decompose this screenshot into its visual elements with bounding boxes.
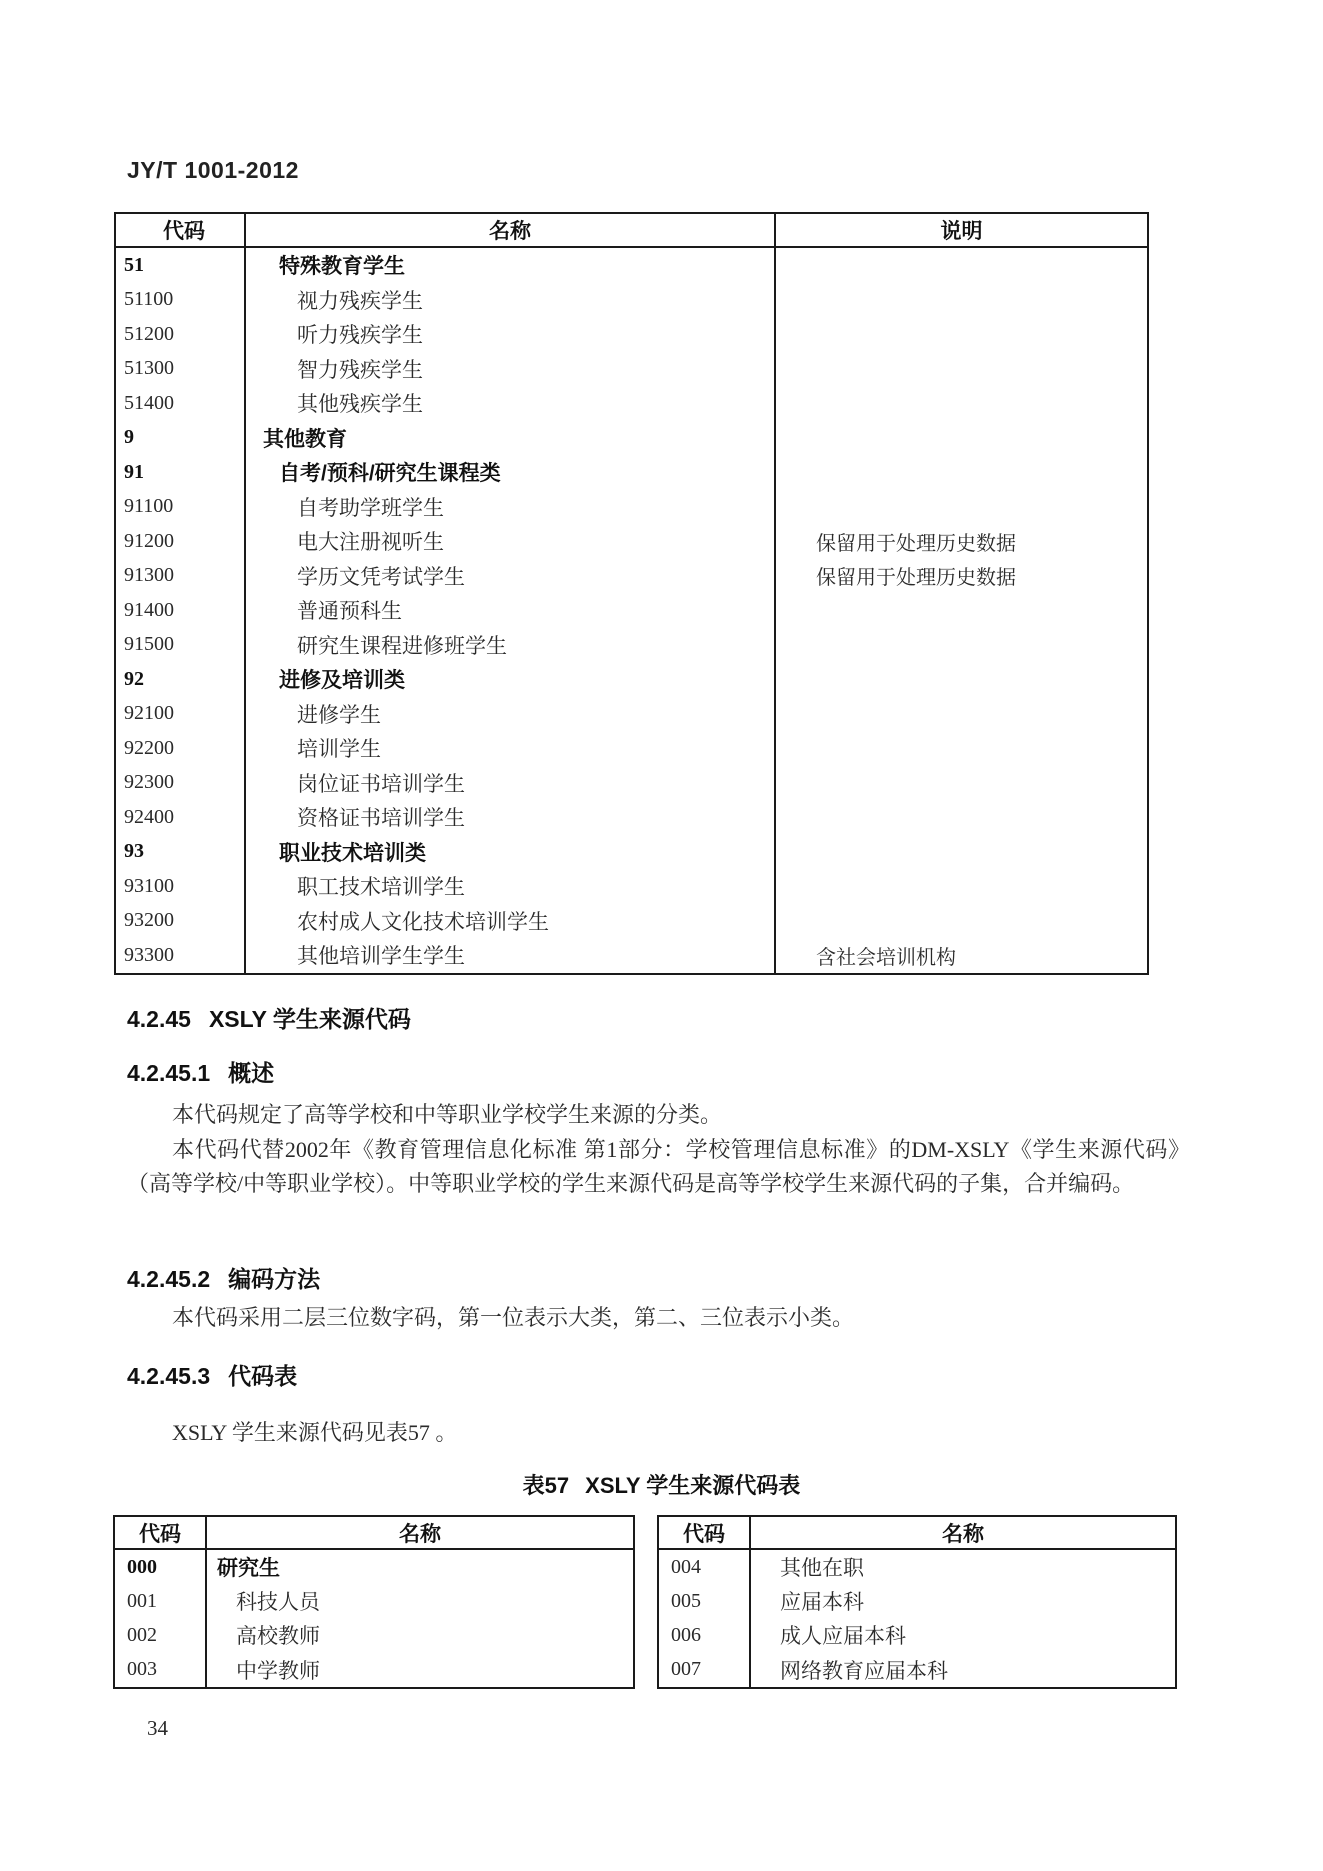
row-name: 普通预科生	[244, 593, 774, 628]
row-name: 岗位证书培训学生	[244, 766, 774, 801]
section-number: 4.2.45.3	[127, 1363, 210, 1389]
row-name: 其他培训学生学生	[244, 938, 774, 973]
table-row: 92300岗位证书培训学生	[116, 766, 1147, 801]
row-note	[774, 593, 1147, 628]
row-code: 91100	[116, 490, 244, 525]
row-name: 进修及培训类	[244, 662, 774, 697]
row-code: 001	[115, 1584, 205, 1618]
standard-number: JY/T 1001-2012	[127, 157, 299, 184]
student-type-code-table: 代码 名称 说明 51特殊教育学生51100视力残疾学生51200听力残疾学生5…	[114, 212, 1149, 975]
row-note	[774, 662, 1147, 697]
row-code: 51	[116, 248, 244, 283]
table57-caption-number: 表57	[523, 1473, 569, 1498]
row-name: 农村成人文化技术培训学生	[244, 904, 774, 939]
row-name: 资格证书培训学生	[244, 800, 774, 835]
row-code: 004	[659, 1550, 749, 1584]
table-header-row: 代码 名称	[115, 1517, 633, 1550]
table-row: 51200听力残疾学生	[116, 317, 1147, 352]
row-note	[774, 835, 1147, 870]
row-note: 保留用于处理历史数据	[774, 559, 1147, 594]
column-header-code: 代码	[116, 214, 244, 246]
row-note	[774, 490, 1147, 525]
table57-caption-title: XSLY 学生来源代码表	[585, 1473, 800, 1498]
row-name: 学历文凭考试学生	[244, 559, 774, 594]
row-note	[774, 904, 1147, 939]
section-heading-4-2-45-2: 4.2.45.2编码方法	[127, 1261, 320, 1294]
table57-left-rows: 000研究生001科技人员002高校教师003中学教师	[115, 1550, 633, 1687]
row-note	[774, 421, 1147, 456]
column-header-code: 代码	[659, 1517, 749, 1548]
row-code: 51400	[116, 386, 244, 421]
row-code: 91200	[116, 524, 244, 559]
table-row: 004其他在职	[659, 1550, 1175, 1584]
row-code: 93200	[116, 904, 244, 939]
row-name: 培训学生	[244, 731, 774, 766]
code-table-reference-paragraph: XSLY 学生来源代码见表57 。	[127, 1416, 1190, 1450]
row-name: 其他教育	[244, 421, 774, 456]
row-name: 研究生课程进修班学生	[244, 628, 774, 663]
coding-method-paragraph: 本代码采用二层三位数字码，第一位表示大类，第二、三位表示小类。	[127, 1301, 1190, 1335]
row-note	[774, 766, 1147, 801]
row-note	[774, 628, 1147, 663]
section-number: 4.2.45.1	[127, 1060, 210, 1086]
row-name: 应届本科	[749, 1584, 1175, 1618]
row-note	[774, 697, 1147, 732]
row-code: 51200	[116, 317, 244, 352]
table-row: 51100视力残疾学生	[116, 283, 1147, 318]
row-name: 自考助学班学生	[244, 490, 774, 525]
section-title: 编码方法	[228, 1266, 320, 1292]
row-name: 高校教师	[205, 1618, 633, 1652]
table-row: 91自考/预科/研究生课程类	[116, 455, 1147, 490]
row-code: 92300	[116, 766, 244, 801]
row-code: 007	[659, 1653, 749, 1687]
row-name: 智力残疾学生	[244, 352, 774, 387]
column-header-name: 名称	[205, 1517, 633, 1548]
row-note	[774, 248, 1147, 283]
row-code: 92100	[116, 697, 244, 732]
row-note	[774, 317, 1147, 352]
table-row: 93职业技术培训类	[116, 835, 1147, 870]
row-code: 51300	[116, 352, 244, 387]
column-header-name: 名称	[244, 214, 774, 246]
section-number: 4.2.45	[127, 1006, 191, 1032]
table-row: 006成人应届本科	[659, 1618, 1175, 1652]
row-note	[774, 386, 1147, 421]
row-code: 91	[116, 455, 244, 490]
table-row: 51特殊教育学生	[116, 248, 1147, 283]
row-name: 成人应届本科	[749, 1618, 1175, 1652]
row-name: 电大注册视听生	[244, 524, 774, 559]
row-name: 视力残疾学生	[244, 283, 774, 318]
row-name: 进修学生	[244, 697, 774, 732]
row-code: 92400	[116, 800, 244, 835]
row-note: 含社会培训机构	[774, 938, 1147, 973]
column-header-note: 说明	[774, 214, 1147, 246]
table-row: 003中学教师	[115, 1653, 633, 1687]
row-code: 003	[115, 1653, 205, 1687]
table-row: 9其他教育	[116, 421, 1147, 456]
table-row: 93200农村成人文化技术培训学生	[116, 904, 1147, 939]
row-note	[774, 869, 1147, 904]
row-name: 职业技术培训类	[244, 835, 774, 870]
row-note: 保留用于处理历史数据	[774, 524, 1147, 559]
row-name: 研究生	[205, 1550, 633, 1584]
table57-caption: 表57XSLY 学生来源代码表	[0, 1469, 1323, 1500]
row-code: 002	[115, 1618, 205, 1652]
table-row: 92100进修学生	[116, 697, 1147, 732]
overview-paragraph-2: 本代码代替2002年《教育管理信息化标准 第1部分：学校管理信息标准》的DM-X…	[127, 1133, 1190, 1200]
table57-right: 代码 名称 004其他在职005应届本科006成人应届本科007网络教育应届本科	[657, 1515, 1177, 1689]
table-row: 92200培训学生	[116, 731, 1147, 766]
table57-left: 代码 名称 000研究生001科技人员002高校教师003中学教师	[113, 1515, 635, 1689]
row-name: 其他在职	[749, 1550, 1175, 1584]
row-code: 92200	[116, 731, 244, 766]
table-row: 93100职工技术培训学生	[116, 869, 1147, 904]
row-name: 中学教师	[205, 1653, 633, 1687]
row-code: 91500	[116, 628, 244, 663]
table-row: 002高校教师	[115, 1618, 633, 1652]
row-name: 其他残疾学生	[244, 386, 774, 421]
row-note	[774, 800, 1147, 835]
row-code: 006	[659, 1618, 749, 1652]
row-name: 科技人员	[205, 1584, 633, 1618]
table-row: 51400其他残疾学生	[116, 386, 1147, 421]
table-header-row: 代码 名称	[659, 1517, 1175, 1550]
continuation-table-rows: 51特殊教育学生51100视力残疾学生51200听力残疾学生51300智力残疾学…	[116, 248, 1147, 973]
table-row: 91400普通预科生	[116, 593, 1147, 628]
column-header-code: 代码	[115, 1517, 205, 1548]
row-code: 93	[116, 835, 244, 870]
table-row: 93300其他培训学生学生含社会培训机构	[116, 938, 1147, 973]
row-note	[774, 283, 1147, 318]
section-heading-4-2-45: 4.2.45XSLY 学生来源代码	[127, 1001, 411, 1034]
row-name: 职工技术培训学生	[244, 869, 774, 904]
row-note	[774, 455, 1147, 490]
table-row: 92400资格证书培训学生	[116, 800, 1147, 835]
section-heading-4-2-45-1: 4.2.45.1概述	[127, 1055, 274, 1088]
row-name: 听力残疾学生	[244, 317, 774, 352]
table-row: 91500研究生课程进修班学生	[116, 628, 1147, 663]
row-name: 网络教育应届本科	[749, 1653, 1175, 1687]
row-note	[774, 352, 1147, 387]
table-row: 001科技人员	[115, 1584, 633, 1618]
table-header-row: 代码 名称 说明	[116, 214, 1147, 248]
row-code: 000	[115, 1550, 205, 1584]
row-code: 93100	[116, 869, 244, 904]
table-row: 005应届本科	[659, 1584, 1175, 1618]
table-row: 007网络教育应届本科	[659, 1653, 1175, 1687]
table-row: 91100自考助学班学生	[116, 490, 1147, 525]
table-row: 91300学历文凭考试学生保留用于处理历史数据	[116, 559, 1147, 594]
row-code: 9	[116, 421, 244, 456]
section-title: 概述	[228, 1060, 274, 1086]
table57-right-rows: 004其他在职005应届本科006成人应届本科007网络教育应届本科	[659, 1550, 1175, 1687]
row-code: 91300	[116, 559, 244, 594]
section-number: 4.2.45.2	[127, 1266, 210, 1292]
section-title: 代码表	[228, 1363, 297, 1389]
row-name: 特殊教育学生	[244, 248, 774, 283]
row-name: 自考/预科/研究生课程类	[244, 455, 774, 490]
table-row: 91200电大注册视听生保留用于处理历史数据	[116, 524, 1147, 559]
overview-paragraph-1: 本代码规定了高等学校和中等职业学校学生来源的分类。	[127, 1098, 1190, 1132]
row-code: 93300	[116, 938, 244, 973]
row-code: 92	[116, 662, 244, 697]
section-heading-4-2-45-3: 4.2.45.3代码表	[127, 1358, 297, 1391]
column-header-name: 名称	[749, 1517, 1175, 1548]
row-code: 51100	[116, 283, 244, 318]
row-note	[774, 731, 1147, 766]
table-row: 000研究生	[115, 1550, 633, 1584]
row-code: 005	[659, 1584, 749, 1618]
table-row: 51300智力残疾学生	[116, 352, 1147, 387]
row-code: 91400	[116, 593, 244, 628]
table-row: 92进修及培训类	[116, 662, 1147, 697]
document-page: JY/T 1001-2012 代码 名称 说明 51特殊教育学生51100视力残…	[0, 0, 1323, 1871]
section-title: XSLY 学生来源代码	[209, 1006, 411, 1032]
page-number: 34	[147, 1716, 168, 1741]
